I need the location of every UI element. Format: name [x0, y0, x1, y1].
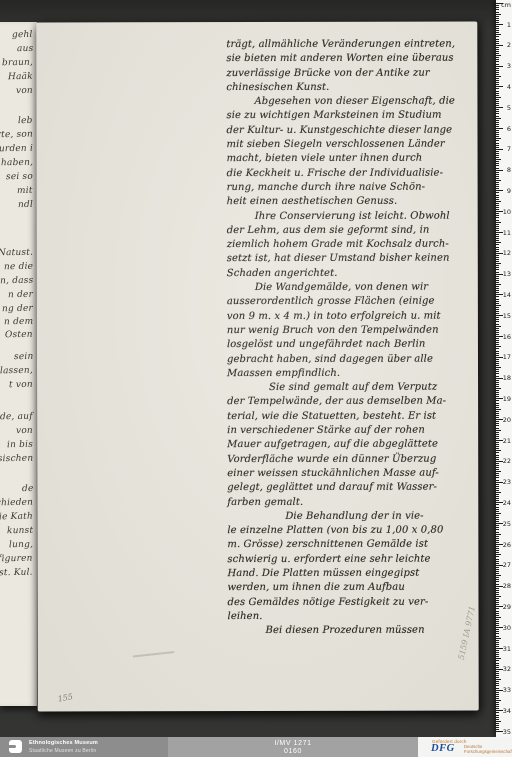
ruler-tick [496, 43, 499, 44]
left-page-fragment: ne die [4, 262, 33, 273]
ruler-tick [496, 679, 501, 680]
ruler-tick [496, 51, 499, 52]
ruler-number: 11 [502, 229, 511, 237]
ruler-tick [496, 184, 499, 185]
ruler-tick [496, 380, 499, 381]
handwriting-line: sie zu wichtigen Marksteinen im Studium [226, 109, 478, 124]
ruler-number: 15 [502, 312, 511, 320]
ruler-number: 26 [502, 541, 511, 549]
handwriting-line: le einzelne Platten (von bis zu 1,00 x 0… [227, 524, 479, 539]
ruler-tick [496, 594, 499, 595]
ruler-tick [496, 301, 499, 302]
ruler-number: 24 [502, 499, 511, 507]
ruler-number: 27 [502, 561, 511, 569]
handwriting-line: gebracht haben, sind dagegen über alle [227, 352, 479, 367]
ruler-tick [496, 34, 501, 35]
left-page-fragment: wurden i [0, 144, 33, 155]
ruler-number: 31 [502, 645, 511, 653]
museum-institution: Staatliche Museen zu Berlin [29, 748, 96, 754]
ruler-tick [496, 529, 499, 530]
ruler-tick [496, 417, 499, 418]
left-page-fragment: in bis [7, 440, 33, 450]
ruler-tick [496, 161, 499, 162]
handwriting-line: Sie sind gemalt auf dem Verputz [227, 381, 479, 396]
ruler-tick [496, 41, 499, 42]
ruler-tick [496, 581, 499, 582]
ruler-tick [496, 157, 499, 158]
ruler-tick [496, 683, 499, 684]
ruler-tick [496, 625, 499, 626]
left-page-fragment: braun, [2, 58, 33, 69]
ruler-tick [496, 120, 499, 121]
ruler-tick [496, 480, 499, 481]
ruler-tick [496, 143, 499, 144]
ruler-tick [496, 413, 499, 414]
ruler-tick [496, 619, 499, 620]
ruler-tick [496, 236, 499, 237]
ruler-number: 3 [502, 62, 511, 70]
museum-logo-icon [9, 740, 22, 753]
handwriting-line: Hand. Die Platten müssen eingegipst [227, 567, 479, 582]
handwriting-line: Bei diesen Prozeduren müssen [228, 624, 480, 639]
ruler-tick [496, 263, 501, 264]
ruler-tick [496, 159, 501, 160]
ruler-tick [496, 396, 499, 397]
ruler-tick [496, 596, 501, 597]
museum-name: Ethnologisches Museum [29, 740, 98, 746]
ruler-tick [496, 288, 499, 289]
ruler-tick [496, 224, 499, 225]
ruler-tick [496, 719, 499, 720]
ruler-tick [496, 242, 501, 243]
ruler-tick [496, 575, 501, 576]
ruler-tick [496, 409, 501, 410]
handwriting-line: werden, um ihnen die zum Aufbau [227, 581, 479, 596]
ruler-tick [496, 548, 499, 549]
ruler-tick [496, 617, 501, 618]
ruler-tick [496, 652, 499, 653]
ruler-tick [496, 286, 499, 287]
ruler-tick [496, 534, 501, 535]
left-page-fragment: gehl [12, 30, 33, 40]
ruler-tick [496, 359, 499, 360]
ruler-tick [496, 296, 499, 297]
ruler-tick [496, 207, 499, 208]
ruler-tick [496, 658, 501, 659]
ruler-tick [496, 569, 499, 570]
ruler-tick [496, 542, 499, 543]
ruler-tick [496, 209, 499, 210]
ruler-tick [496, 494, 499, 495]
ruler-tick [496, 442, 499, 443]
ruler-tick [496, 340, 499, 341]
ruler-number: 25 [502, 520, 511, 528]
ruler-number: 6 [502, 125, 511, 133]
handwriting-line: setzt ist, hat dieser Umstand bisher kei… [227, 252, 479, 267]
museum-logo-block: Ethnologisches Museum Staatliche Museen … [0, 737, 168, 757]
handwriting-line: Vorderfläche wurde ein dünner Überzug [227, 452, 479, 467]
ruler-tick [496, 400, 499, 401]
ruler-tick [496, 394, 499, 395]
ruler-tick [496, 303, 499, 304]
ruler-tick [496, 492, 501, 493]
ruler-tick [496, 490, 499, 491]
ruler-tick [496, 721, 501, 722]
ruler-tick [496, 584, 499, 585]
ruler-tick [496, 708, 499, 709]
ruler-number: 17 [502, 353, 511, 361]
ruler-tick [496, 57, 499, 58]
ruler-tick [496, 521, 499, 522]
handwriting-line: Abgesehen von dieser Eigenschaft, die [226, 95, 478, 110]
ruler-tick [496, 172, 499, 173]
ruler-number: 4 [502, 83, 511, 91]
ruler-number: 20 [502, 416, 511, 424]
ruler-tick [496, 111, 499, 112]
ruler-number: 5 [502, 104, 511, 112]
ruler-tick [496, 525, 499, 526]
ruler-tick [496, 592, 499, 593]
handwriting-line: heit einen aesthetischen Genuss. [227, 195, 479, 210]
ruler-tick [496, 134, 499, 135]
ruler-tick [496, 126, 499, 127]
ruler-tick [496, 706, 499, 707]
ruler-tick [496, 95, 499, 96]
ruler-tick [496, 265, 499, 266]
ruler-number: 22 [502, 457, 511, 465]
ruler-tick [496, 444, 499, 445]
ruler-tick [496, 220, 499, 221]
ruler-tick [496, 182, 499, 183]
ruler-tick [496, 463, 499, 464]
ruler-unit-label: cm [501, 1, 511, 9]
ruler-tick [496, 203, 499, 204]
ruler-tick [496, 282, 499, 283]
ruler-tick [496, 138, 501, 139]
ruler-tick [496, 519, 499, 520]
ruler-tick [496, 32, 499, 33]
ruler-tick [496, 369, 499, 370]
handwriting-line: Schaden angerichtet. [227, 266, 479, 281]
dfg-logo: DFG [431, 743, 455, 754]
ruler-tick [496, 93, 499, 94]
ruler-tick [496, 696, 499, 697]
ruler-tick [496, 330, 499, 331]
ruler-tick [496, 278, 499, 279]
ruler-tick [496, 475, 499, 476]
ruler-tick [496, 326, 501, 327]
ruler-tick [496, 136, 499, 137]
ruler-tick [496, 272, 499, 273]
left-page-fragment: hist. Kul. [0, 568, 33, 579]
ruler-tick [496, 434, 499, 435]
ruler-tick [496, 403, 499, 404]
left-page-fragment: von [16, 86, 33, 96]
ruler-tick [496, 344, 499, 345]
ruler-tick [496, 563, 499, 564]
ruler-tick [496, 72, 499, 73]
ruler-tick [496, 438, 499, 439]
ruler-number: 30 [502, 624, 511, 632]
ruler-tick [496, 363, 499, 364]
ruler-tick [496, 571, 499, 572]
handwriting-line: nur wenig Bruch von den Tempelwänden [227, 323, 479, 338]
handwriting-line: trägt, allmähliche Veränderungen eintret… [226, 38, 478, 53]
ruler-tick [496, 176, 499, 177]
ruler-tick [496, 671, 499, 672]
dfg-organization-name: Deutsche Forschungsgemeinschaft [464, 744, 512, 754]
ruler-tick [496, 513, 501, 514]
handwriting-line: losgelöst und ungefährdet nach Berlin [227, 338, 479, 353]
ruler-tick [496, 36, 499, 37]
ruler-tick [496, 118, 501, 119]
ruler-tick [496, 650, 499, 651]
ruler-tick [496, 9, 499, 10]
ruler-tick [496, 405, 499, 406]
left-page-fragment: von [16, 426, 33, 436]
ruler-tick [496, 153, 499, 154]
ruler-tick [496, 673, 499, 674]
ruler-tick [496, 230, 499, 231]
ruler-tick [496, 351, 499, 352]
ruler-tick [496, 425, 499, 426]
ruler-tick [496, 3, 503, 4]
ruler-tick [496, 222, 501, 223]
ruler-tick [496, 165, 499, 166]
ruler-tick [496, 602, 499, 603]
handwriting-line: einer weissen stuckähnlichen Masse auf- [227, 466, 479, 481]
ruler-tick [496, 22, 499, 23]
manuscript-page: trägt, allmähliche Veränderungen eintret… [36, 22, 478, 712]
pencil-smudge [133, 651, 175, 657]
left-page-fragment: n der [8, 290, 33, 300]
ruler-tick [496, 573, 499, 574]
ruler-tick [496, 228, 499, 229]
ruler-tick [496, 504, 499, 505]
shelfmark-block: I/MV 1271 0160 [168, 737, 418, 757]
ruler-tick [496, 145, 499, 146]
ruler-tick [496, 500, 499, 501]
ruler-tick [496, 660, 499, 661]
ruler-tick [496, 376, 499, 377]
ruler-tick [496, 685, 499, 686]
ruler-tick [496, 124, 499, 125]
handwriting-line: der Lehm, aus dem sie geformt sind, in [227, 223, 479, 238]
ruler-tick [496, 727, 499, 728]
left-page-fragment: haben, [1, 158, 33, 169]
ruler-tick [496, 213, 499, 214]
left-page-fragment: kunst [7, 526, 33, 536]
ruler-tick [496, 14, 501, 15]
left-page-fragment: sein [13, 352, 33, 362]
ruler-tick [496, 579, 499, 580]
handwriting-line: des Gemäldes nötige Festigkeit zu ver- [227, 595, 479, 610]
ruler-tick [496, 130, 499, 131]
handwriting-line: chinesischen Kunst. [226, 80, 478, 95]
ruler-tick [496, 61, 499, 62]
ruler-tick [496, 321, 499, 322]
ruler-tick [496, 39, 499, 40]
ruler-tick [496, 604, 499, 605]
ruler-tick [496, 704, 499, 705]
ruler-tick [496, 20, 499, 21]
ruler-tick [496, 452, 499, 453]
ruler-tick [496, 677, 499, 678]
ruler-tick [496, 423, 499, 424]
ruler-tick [496, 507, 499, 508]
ruler-tick [496, 546, 499, 547]
ruler-tick [496, 559, 499, 560]
ruler-tick [496, 76, 501, 77]
ruler-tick [496, 324, 499, 325]
ruler-tick [496, 717, 499, 718]
ruler-number: 18 [502, 374, 511, 382]
ruler-tick [496, 53, 499, 54]
left-page-fragment: figuren [0, 554, 33, 565]
footer-bar: Ethnologisches Museum Staatliche Museen … [0, 737, 512, 757]
ruler-tick [496, 195, 499, 196]
dfg-org-line2: Forschungsgemeinschaft [464, 749, 512, 754]
ruler-tick [496, 188, 499, 189]
ruler-tick [496, 186, 499, 187]
ruler-tick [496, 712, 499, 713]
handwriting-line: rung, manche durch ihre naive Schön- [227, 181, 479, 196]
ruler-tick [496, 590, 499, 591]
ruler-tick [496, 642, 499, 643]
ruler-tick [496, 515, 499, 516]
ruler-tick [496, 240, 499, 241]
handwriting-line: Die Behandlung der in vie- [227, 509, 479, 524]
ruler-tick [496, 517, 499, 518]
ruler-tick [496, 633, 499, 634]
left-page-fragment: Natust. [0, 248, 33, 259]
ruler-tick [496, 16, 499, 17]
left-page-fragment: schieden [0, 498, 33, 509]
left-page-fragment: die Kath [0, 512, 33, 523]
handwriting-line: gelegt, geglättet und darauf mit Wasser- [227, 481, 479, 496]
ruler-tick [496, 729, 499, 730]
handwriting-lines: trägt, allmähliche Veränderungen eintret… [226, 38, 479, 639]
ruler-tick [496, 631, 499, 632]
ruler-tick [496, 163, 499, 164]
ruler-tick [496, 640, 499, 641]
ruler-number: 21 [502, 437, 511, 445]
ruler-tick [496, 151, 499, 152]
ruler-tick [496, 299, 499, 300]
ruler-tick [496, 28, 499, 29]
ruler-tick [496, 415, 499, 416]
ruler-tick [496, 428, 499, 429]
ruler-tick [496, 342, 499, 343]
ruler-tick [496, 55, 501, 56]
ruler-tick [496, 371, 499, 372]
ruler-tick [496, 205, 499, 206]
ruler-tick [496, 681, 499, 682]
ruler-number: 2 [502, 41, 511, 49]
ruler-tick [496, 698, 499, 699]
ruler-tick [496, 328, 499, 329]
left-page-fragment: Haäk [8, 72, 33, 82]
ruler-tick [496, 113, 499, 114]
left-page-fragment: ndl [18, 200, 33, 210]
ruler-tick [496, 467, 499, 468]
ruler-tick [496, 567, 499, 568]
ruler-tick [496, 353, 499, 354]
ruler-number: 28 [502, 582, 511, 590]
ruler-tick [496, 469, 499, 470]
ruler-tick [496, 540, 499, 541]
ruler-tick [496, 30, 499, 31]
ruler-tick [496, 180, 501, 181]
ruler-tick [496, 700, 501, 701]
shelfmark: I/MV 1271 [168, 740, 418, 747]
ruler-tick [496, 577, 499, 578]
ruler-tick [496, 665, 499, 666]
left-page-fragment: hörte, son [0, 130, 33, 141]
ruler-tick [496, 292, 499, 293]
ruler-tick [496, 554, 501, 555]
left-page-fragment: lassen, [0, 366, 33, 377]
ruler-number: 8 [502, 166, 511, 174]
handwriting-line: in verschiedener Stärke auf der rohen [227, 424, 479, 439]
ruler-tick [496, 644, 499, 645]
left-page-fragment: de, auf [0, 412, 33, 423]
ruler-number: 9 [502, 187, 511, 195]
ruler-tick [496, 140, 499, 141]
ruler-tick [496, 290, 499, 291]
ruler-tick [496, 334, 499, 335]
ruler-tick [496, 105, 499, 106]
ruler-tick [496, 388, 501, 389]
ruler-tick [496, 244, 499, 245]
ruler-tick [496, 384, 499, 385]
ruler-tick [496, 725, 499, 726]
ruler-tick [496, 636, 499, 637]
ruler-tick [496, 692, 499, 693]
left-page-fragment: de [21, 484, 33, 494]
ruler-tick [496, 217, 499, 218]
ruler-tick [496, 109, 499, 110]
ruler-tick [496, 199, 499, 200]
ruler-tick [496, 49, 499, 50]
ruler-tick [496, 421, 499, 422]
ruler-tick [496, 84, 499, 85]
ruler-tick [496, 511, 499, 512]
ruler-tick [496, 654, 499, 655]
ruler-tick [496, 538, 499, 539]
left-page-fragment: aus [17, 44, 34, 54]
ruler-number: 16 [502, 333, 511, 341]
ruler-tick [496, 18, 499, 19]
handwriting-line: schwierig u. erfordert eine sehr leichte [227, 552, 479, 567]
left-page-fragment: lung, [9, 540, 33, 550]
handwriting-line: die Keckheit u. Frische der Individualis… [227, 166, 479, 181]
ruler-tick [496, 509, 499, 510]
ruler-tick [496, 12, 499, 13]
ruler-number: 1 [502, 21, 511, 29]
ruler-number: 32 [502, 665, 511, 673]
ruler-tick [496, 238, 499, 239]
left-page-fragment: leb [18, 116, 33, 126]
ruler-tick [496, 122, 499, 123]
pencil-page-number: 155 [57, 692, 74, 704]
ruler-tick [496, 259, 499, 260]
ruler-tick [496, 638, 501, 639]
ruler-tick [496, 550, 499, 551]
handwriting-line: leihen. [228, 609, 480, 624]
ruler-tick [496, 116, 499, 117]
ruler-tick [496, 201, 501, 202]
